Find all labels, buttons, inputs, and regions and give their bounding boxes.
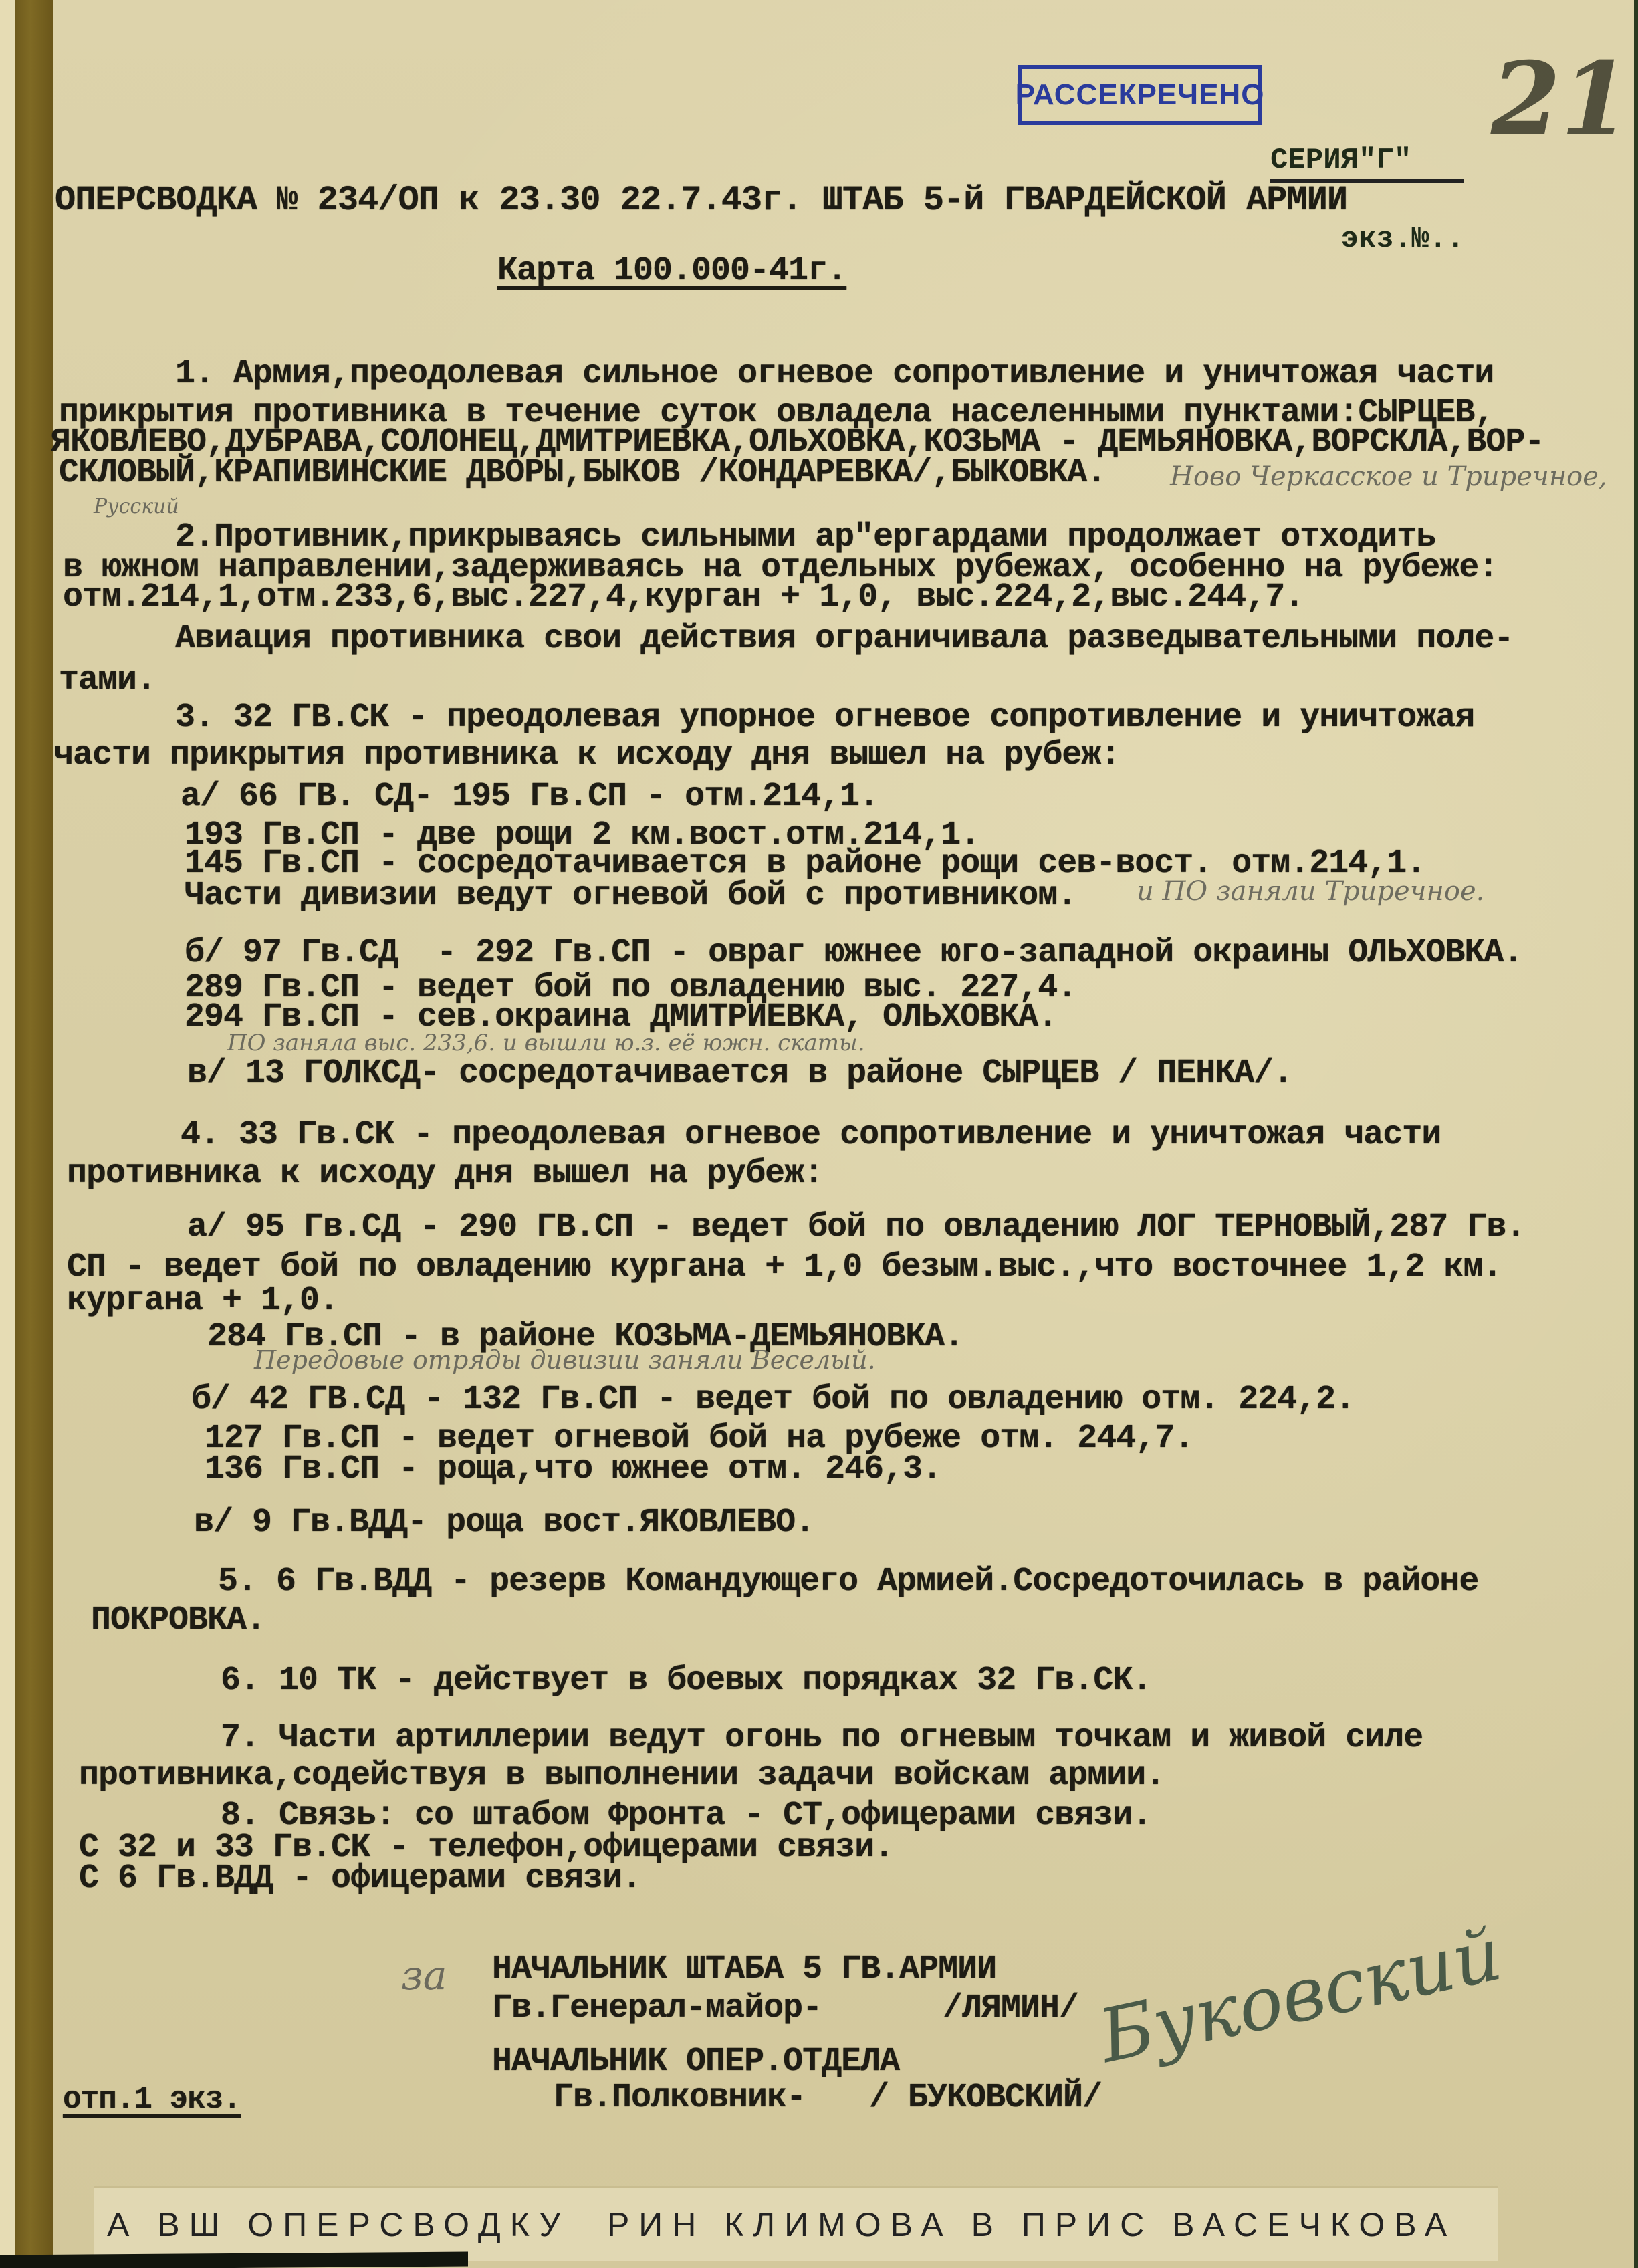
p5-line-1: 5. 6 Гв.ВДД - резерв Командующего Армией… — [218, 1563, 1478, 1601]
p3-line-6: Части дивизии ведут огневой бой с против… — [185, 877, 1076, 915]
p3-line-1: 3. 32 ГВ.СК - преодолевая упорное огнево… — [175, 699, 1474, 737]
p2-line-3: отм.214,1,отм.233,6,выс.227,4,курган + 1… — [63, 579, 1304, 616]
copy-number: экз.№.. — [1341, 223, 1465, 256]
p3c-line: в/ 13 ГОЛКСД- сосредотачивается в районе… — [187, 1055, 1292, 1093]
bottom-shadow — [0, 2252, 468, 2268]
chief-of-staff-rank: Гв.Генерал-майор- — [492, 1990, 822, 2027]
p8-line-3: С 6 Гв.ВДД - офицерами связи. — [79, 1860, 641, 1898]
p6-line: 6. 10 ТК - действует в боевых порядках 3… — [221, 1662, 1151, 1700]
right-edge — [1634, 0, 1638, 2268]
p4b-line-3: 136 Гв.СП - роща,что южнее отм. 246,3. — [205, 1451, 941, 1488]
ops-chief-rank: Гв.Полковник- — [554, 2079, 806, 2117]
p4-line-1: 4. 33 Гв.СК - преодолевая огневое сопрот… — [181, 1117, 1441, 1154]
p4c-line: в/ 9 Гв.ВДД- роща вост.ЯКОВЛЕВО. — [194, 1504, 814, 1542]
copy-note: отп.1 экз. — [63, 2081, 241, 2118]
chief-of-staff-name: /ЛЯМИН/ — [943, 1990, 1078, 2027]
p4-line-4: СП - ведет бой по овладению кургана + 1,… — [67, 1249, 1502, 1286]
p1-handwritten-note-2: Русский — [94, 495, 179, 518]
page-edge — [0, 0, 15, 2268]
series-label: СЕРИЯ"Г" — [1270, 142, 1464, 183]
p2-line-4: Авиация противника свои действия огранич… — [175, 620, 1513, 658]
document-title: ОПЕРСВОДКА № 234/ОП к 23.30 22.7.43г. ШТ… — [55, 182, 1347, 219]
ops-chief-name: / БУКОВСКИЙ/ — [869, 2079, 1102, 2117]
map-reference: Карта 100.000-41г. — [497, 253, 846, 290]
p1-line-1: 1. Армия,преодолевая сильное огневое соп… — [175, 356, 1494, 393]
p1-line-4: СКЛОВЫЙ,КРАПИВИНСКИЕ ДВОРЫ,БЫКОВ /КОНДАР… — [59, 455, 1106, 492]
ops-chief-title: НАЧАЛЬНИК ОПЕР.ОТДЕЛА — [492, 2043, 899, 2081]
binding-strip — [15, 0, 53, 2268]
declassified-stamp: РАССЕКРЕЧЕНО — [1018, 65, 1262, 125]
p3-handwritten-note: и ПО заняли Триречное. — [1137, 876, 1484, 907]
p3b-line-1: б/ 97 Гв.СД - 292 Гв.СП - овраг южнее юг… — [185, 935, 1522, 972]
folio-number: 21 — [1491, 40, 1631, 158]
p4-line-5: кургана + 1,0. — [67, 1282, 338, 1320]
p7-line-2: противника,содействуя в выполнении задач… — [79, 1757, 1165, 1795]
p3-line-2: части прикрытия противника к исходу дня … — [53, 737, 1120, 774]
p1-handwritten-note: Ново Черкасское и Триречное, — [1170, 461, 1607, 492]
p4-handwritten-note: Передовые отряды дивизии заняли Веселый. — [254, 1345, 876, 1375]
footer-stamp-text: А ВШ ОПЕРСВОДКУ РИН КЛИМОВА В ПРИС ВАСЕЧ… — [107, 2205, 1456, 2244]
p5-line-2: ПОКРОВКА. — [91, 1602, 265, 1639]
deputy-handwritten-mark: за — [401, 1952, 447, 1999]
chief-of-staff-title: НАЧАЛЬНИК ШТАБА 5 ГВ.АРМИИ — [492, 1951, 996, 1989]
document-page: РАССЕКРЕЧЕНО СЕРИЯ"Г" экз.№.. 21 ОПЕРСВО… — [0, 0, 1638, 2268]
p2-line-5: тами. — [59, 662, 156, 699]
p4-line-3: а/ 95 Гв.СД - 290 ГВ.СП - ведет бой по о… — [187, 1209, 1525, 1246]
p3b-handwritten-note: ПО заняла выс. 233,6. и вышли ю.з. её юж… — [227, 1030, 865, 1056]
p3-line-3: а/ 66 ГВ. СД- 195 Гв.СП - отм.214,1. — [181, 778, 879, 816]
p4-line-2: противника к исходу дня вышел на рубеж: — [67, 1155, 823, 1193]
p7-line-1: 7. Части артиллерии ведут огонь по огнев… — [221, 1720, 1423, 1757]
p4b-line-1: б/ 42 ГВ.СД - 132 Гв.СП - ведет бой по о… — [191, 1381, 1355, 1419]
handwritten-signature: Буковский — [1092, 1911, 1508, 2079]
